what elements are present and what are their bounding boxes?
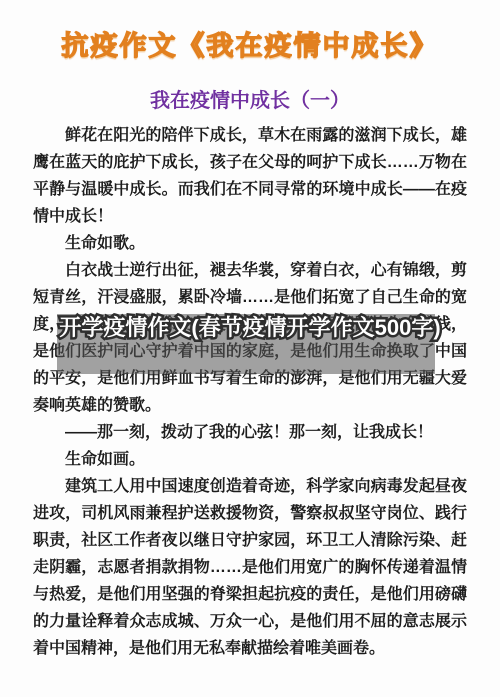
essay-paragraph-1: 鲜花在阳光的陪伴下成长，草木在雨露的滋润下成长，雄鹰在蓝天的庇护下成长，孩子在父…: [33, 122, 467, 230]
essay-paragraph-4: ——那一刻，拨动了我的心弦！那一刻，让我成长！: [33, 419, 467, 446]
essay-paragraph-2: 生命如歌。: [33, 230, 467, 257]
essay-title: 我在疫情中成长（一）: [0, 84, 500, 113]
essay-paragraph-6: 建筑工人用中国速度创造着奇迹，科学家向病毒发起昼夜进攻，司机风雨兼程护送救援物资…: [33, 473, 467, 662]
decorative-banner-title: 抗疫作文《我在疫情中成长》: [0, 24, 500, 63]
caption-overlay-title: 开学疫情作文(春节疫情开学作文500字): [44, 312, 456, 343]
essay-body: 鲜花在阳光的陪伴下成长，草木在雨露的滋润下成长，雄鹰在蓝天的庇护下成长，孩子在父…: [33, 122, 467, 662]
essay-paragraph-5: 生命如画。: [33, 446, 467, 473]
article-page: 抗疫作文《我在疫情中成长》 我在疫情中成长（一） 鲜花在阳光的陪伴下成长，草木在…: [0, 0, 500, 697]
